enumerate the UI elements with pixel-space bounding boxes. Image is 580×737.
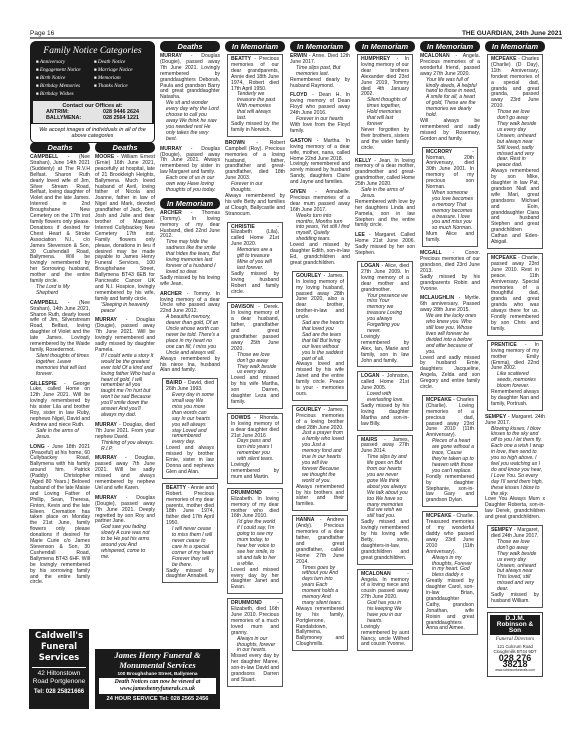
notice-signoff: Sadly missed by husband William. — [491, 593, 539, 605]
death-notice: LONG - June 18th 2021 (Peaceful) at his … — [30, 445, 90, 587]
masthead: Page 16 THE GUARDIAN, 24th June 2021 — [30, 27, 562, 37]
djm-phone: 028 276 38218 — [490, 656, 540, 668]
notice-verse: 'Sleeping in heavenly peace' — [95, 303, 155, 315]
notice-signoff: Loved and missed by daughter Edith, son-… — [290, 243, 350, 267]
notice-signoff: Greatly missed by daughter Carol, son-in… — [426, 579, 474, 632]
notice-signoff: Remembered always by daughter Nan and fa… — [491, 390, 539, 408]
death-notice: MURRAY - Douglas (Dougie), passed away 7… — [95, 318, 155, 418]
notice-signoff: Missed every day by her daughter Maree, … — [231, 654, 279, 684]
notice-verse: Weeks turn into months, Months turn into… — [290, 214, 350, 244]
notice-verse: God saw you fading slowly A cure was not… — [95, 525, 155, 560]
djm-tagline: Funeral Directors — [490, 637, 540, 643]
notice-body: - Charlie, passed away 23rd June 2010. R… — [491, 255, 539, 332]
notice-signoff: With love from the Floyd family. — [290, 123, 350, 135]
death-notice: DRUMMOND - Elizabeth, died 16th June 201… — [227, 598, 283, 687]
notice-verse: Always in my thoughts, Forever in my hea… — [426, 556, 474, 580]
notice-body: - Norman, 20th Anniversary, died 30th Ju… — [426, 149, 474, 190]
caldwell-phone: Tel: 028 25821666 — [29, 689, 89, 695]
notice-signoff: Lovingly remembered by mum and Martin. — [231, 463, 279, 481]
death-notice: SEMPEY - Margaret, died 24th June 2017.T… — [487, 525, 543, 608]
notice-verse: Days pass and turn into years I remember… — [231, 439, 279, 463]
notice-body: - Douglas (Dougie), passed away 7th June… — [95, 317, 155, 353]
death-notice: DAVISON - Derek. In loving memory of a d… — [227, 302, 283, 408]
death-notice: BAIRD - David, died 26th June 1993.Every… — [162, 378, 218, 479]
james-henry-phone: 24 HOUR SERVICE Tel: 028 2565 2456 — [97, 696, 218, 702]
notice-signoff: Loved and always missed by brother Ernie… — [166, 446, 214, 476]
notice-signoff: Sadly missed by loving husband Robert an… — [231, 272, 279, 296]
notice-signoff: Lovingly remembered by Alex, Ian, Marie … — [361, 335, 409, 365]
notice-verse: Sad are the hearts that loved you Sad ar… — [296, 321, 344, 362]
death-notice: MURRAY - Douglas (Dougie), passed away 7… — [160, 147, 220, 194]
office-phone: 028 2564 1221 — [103, 115, 139, 121]
notice-verse: Thinking of you always. R.I.P. — [95, 441, 155, 453]
notice-signoff: Sadly missed by his grandparents Robin a… — [420, 275, 480, 293]
accept-images-note: We accept images of individuals in all o… — [30, 123, 155, 143]
death-notice: MURRAY - Douglas, died 7th June 2021. Fr… — [95, 423, 155, 453]
notice-signoff: Always remembered by his family, Portgle… — [296, 607, 344, 648]
notice-verse: Silent thoughts of times together, Hold … — [361, 98, 409, 128]
notice-verse: Time may hide the sadness like the smile… — [160, 240, 220, 275]
section-header-memoriam: In Memoriam — [485, 41, 545, 52]
death-notice: MURRAY - Douglas (Dougie), passed away 7… — [95, 496, 155, 561]
death-notice: KELLY - Jean. In loving memory of a dear… — [355, 159, 415, 230]
notice-verse: We sit and wonder every day why the Lord… — [160, 101, 220, 142]
notice-verse: Your life was full of kindly deeds, A he… — [420, 78, 480, 119]
masthead-rule — [30, 37, 562, 39]
section-header-memoriam: In Memoriam — [225, 41, 285, 52]
death-notice: MURRAY - Douglas (Dougie), passed away 7… — [160, 54, 220, 143]
james-henry-website-note: Death Notices can now be viewed at www.j… — [99, 678, 216, 694]
notice-signoff: Love You Always Mum x Daughter Roberta, … — [485, 497, 545, 521]
section-header-deaths: Deaths — [160, 41, 220, 52]
family-notice-categories: Family Notice Categories Anniversary Dea… — [30, 41, 155, 135]
notice-signoff: Loved and missed by his wife Martha, son… — [231, 376, 279, 406]
notice-verse: A beautiful memory, dearer than gold, Of… — [160, 315, 220, 356]
notice-verse: Always in our thoughts, forever in our h… — [231, 637, 279, 655]
page-number: Page 16 — [30, 30, 54, 37]
notice-signoff: Always remembered by his niece Ina, husb… — [160, 357, 220, 375]
notice-verse: Blowing kisses. I blow kisses to the sky… — [485, 427, 545, 498]
notice-signoff: Always remembered by his brothers and si… — [296, 485, 344, 509]
death-notice: MCPEAKE - Charlie. Treasured memories of… — [422, 511, 478, 635]
notice-body: - Charles (Charlie). Loving memories of … — [426, 397, 474, 438]
section-header-memoriam: In Memoriam — [160, 198, 220, 209]
death-notice: GOURLEY - James. In loving memory of my … — [292, 271, 348, 401]
notice-verse: Time slips past, But memories last. — [290, 66, 350, 78]
death-notice: LEE - Margaret. Called Home 21st June 20… — [355, 233, 415, 257]
notice-verse: Each one of us in our own way Have lovin… — [160, 176, 220, 194]
notice-verse: Every day in some small way We miss you … — [166, 393, 214, 446]
category-item: Birthday Wishes — [36, 90, 94, 98]
notice-verse: I will never cease to miss them I will n… — [166, 527, 214, 568]
notice-signoff: Sadly missed by daughter Annabell. — [166, 569, 214, 581]
death-notice: MAIRS - James, passed away 27th June 201… — [357, 435, 413, 565]
notice-verse: Pieces of a heart are gone without a tra… — [426, 439, 474, 474]
notice-body: - Elizabeth, died 16th June 2010. Precio… — [231, 600, 279, 636]
notice-verse: If I could write a story It would be the… — [95, 354, 155, 419]
category-item: Death Notice — [94, 58, 152, 66]
notice-signoff: Sadly missed by his loving wife Jean. — [160, 276, 220, 288]
death-notice: GILLESPIE - George Luke, called Home on … — [30, 382, 90, 441]
james-henry-title: James Henry Funeral & Monumental Service… — [97, 651, 218, 670]
notice-verse: Like scattered seeds, memories bloom for… — [491, 372, 539, 390]
death-notice: CHRISTIE - Elizabeth (Lila), called Home… — [227, 222, 283, 299]
notice-signoff: Loved and sadly missed by husband Ernie,… — [420, 356, 480, 391]
column-memoriam-8: In MemoriamMCPEAKE - Charles (Charlie) (… — [485, 41, 545, 679]
death-notice: MCALONAN - Angela. In memory of a loving… — [357, 569, 413, 652]
category-item: Birth Notice — [36, 74, 94, 82]
notice-verse: Those we love don't go away They walk be… — [491, 110, 539, 169]
notice-body: - Precious memories of our dear grandpar… — [231, 56, 279, 92]
death-notice: GIVEN - Annabelle. Precious memories of … — [290, 190, 350, 267]
death-notice: BEATTY - Annie and Robert. Precious memo… — [162, 483, 218, 584]
notice-body: - James. In loving memory of my loving h… — [296, 273, 344, 320]
caldwell-name: Caldwell's Funeral Services — [29, 631, 89, 664]
column-deaths-1: DeathsCAMPBELL - (Nee Strahan), June 14t… — [30, 142, 90, 590]
notice-signoff: Lovingly remembered and sorely missed by… — [290, 162, 350, 186]
death-notice: MCGALL - Conor. Precious memories of our… — [420, 251, 480, 292]
notice-body: - (Nee Strahan), 14th June 2021, Sharon … — [30, 300, 90, 353]
notice-signoff: Sadly missed by the family in Norwich. — [231, 122, 279, 134]
notice-body: - William Ernest (Ernie) 16th June 2021,… — [95, 154, 155, 302]
notice-signoff: Loved and missed every day by her daught… — [231, 568, 279, 592]
notice-signoff: Mum Alice and family. — [426, 232, 474, 244]
notice-signoff: Sadly missed by his loving daughter Mart… — [361, 404, 409, 428]
category-item: Thanks Notice — [94, 82, 152, 90]
notice-body: - Robert Campbell (Roy). Precious memori… — [225, 140, 285, 181]
notice-body: - Derek. In loving memory of a dear husb… — [231, 304, 279, 351]
section-header-deaths: Deaths — [95, 142, 155, 153]
notice-verse: When someone you love becomes a memory T… — [426, 191, 474, 232]
death-notice: MCPEAKE - Charles (Charlie). Loving memo… — [422, 395, 478, 507]
notice-verse: Tenderly we treasure the past With memor… — [231, 92, 279, 122]
caldwells-funeral-ad: Caldwell's Funeral Services 42 Hiltonsto… — [29, 629, 89, 709]
notice-verse: Time slips by and life goes on But from … — [361, 455, 409, 520]
contact-offices: Contact our Offices at: ANTRIM:028 9446 … — [33, 101, 152, 123]
notice-body: - George Luke, called Home on 12th June … — [30, 381, 90, 428]
death-notice: ARCHER - Tommy. In loving memory of a de… — [160, 292, 220, 375]
notice-signoff: Fondly remembered by daughter Stephanie,… — [426, 475, 474, 505]
notice-body: - (Nee Strahan), June 14th 2021 (Suddenl… — [30, 154, 90, 284]
death-notice: GOURLEY - James. Precious memories of a … — [292, 405, 348, 511]
death-notice: CAMPBELL - (Nee Strahan), 14th June 2021… — [30, 301, 90, 378]
death-notice: FLOYD - Dean H. In loving memory of Dean… — [290, 93, 350, 134]
column-memoriam-5: In MemoriamERWIN - Anne. Died 12th June … — [290, 41, 350, 655]
death-notice: LOGAN - Johnston, called Home 21st June … — [357, 371, 413, 430]
column-deaths-2: DeathsMOORE - William Ernest (Ernie) 16t… — [95, 142, 155, 565]
notice-body: - Douglas, passed away 7th June 2021. Wi… — [95, 455, 155, 491]
notice-body: - June 18th 2021 (Peaceful) at his home,… — [30, 444, 90, 586]
notice-verse: I'd give the world if I could say, I'm g… — [231, 520, 279, 567]
notice-signoff: Always remembered by his wife Betty and … — [225, 194, 285, 218]
death-notice: SEMPEY - Margaret. 24th June 2017.Blowin… — [485, 415, 545, 521]
notice-signoff: Never forgotten by their brothers, siste… — [361, 128, 409, 152]
notice-signoff: Will always be remembered and sadly miss… — [420, 119, 480, 143]
notice-body: - Annie and Robert. Precious memories of… — [166, 485, 214, 526]
death-notice: DOWDS - Rhonda. In loving memory of a de… — [227, 413, 283, 484]
notice-verse: God has you in his keeping We have you i… — [361, 601, 409, 625]
death-notice: MCPEAKE - Charlie, passed away 23rd June… — [487, 253, 543, 336]
death-notice: PRENTICE - In loving memory of my mother… — [487, 340, 543, 411]
djm-robinson-funeral-ad: D.J.M. Robinson & Son Funeral Directors … — [487, 612, 543, 677]
category-item: Marriage Notice — [94, 66, 152, 74]
death-notice: MCPEAKE - Charles (Charlie) (D Day), 11t… — [487, 54, 543, 249]
paper-title-date: THE GUARDIAN, 24th June 2021 — [462, 30, 562, 37]
category-item: Birthday Memories — [36, 82, 94, 90]
section-header-memoriam: In Memoriam — [420, 41, 480, 52]
section-header-deaths: Deaths — [30, 142, 90, 153]
notice-body: - Charlie. Treasured memories of my wond… — [426, 513, 474, 554]
notice-signoff: Always remembered by son Mike, daughter … — [491, 169, 539, 246]
death-notice: DRUMMOND - Elizabeth. In loving memory o… — [227, 488, 283, 594]
column-memoriam-4: In MemoriamBEATTY - Precious memories of… — [225, 41, 285, 691]
death-notice: MURRAY - Douglas, passed away 7th June 2… — [95, 456, 155, 491]
notice-verse: Your presence we miss Your memory we tre… — [361, 294, 409, 335]
notice-verse: Memories are a gift to treasure Mine of … — [231, 248, 279, 272]
death-notice: MCLAUGHLIN - Myrtle. 6th anniversary. Pa… — [420, 296, 480, 391]
caldwell-address: 42 Hiltonstown Road Portglenone — [32, 667, 86, 686]
death-notice: CAMPBELL - (Nee Strahan), June 14th 2021… — [30, 155, 90, 297]
notice-verse: We are the lucky ones who knew you. Who … — [420, 314, 480, 355]
death-notice: ERWIN - Anne. Died 12th June 2017.Time s… — [290, 54, 350, 89]
category-item: Engagement Notice — [36, 66, 94, 74]
james-henry-funeral-ad: James Henry Funeral & Monumental Service… — [95, 649, 220, 709]
notice-signoff: Sadly missed and lovingly remembered by … — [361, 520, 409, 561]
office-name: BALLYMENA: — [46, 115, 81, 121]
notice-verse: Those we love don't go away They walk be… — [231, 353, 279, 377]
notice-verse: Times goes by without you And days turn … — [296, 566, 344, 607]
death-notice: GASTON - Martha. In loving memory of a d… — [290, 139, 350, 186]
notice-signoff: Remembered with love by her daughters Li… — [355, 200, 415, 230]
djm-name: D.J.M. Robinson & Son — [490, 615, 540, 635]
column-memoriam-7: In MemoriamMCALONAN - Angela. Precious m… — [420, 41, 480, 639]
notice-body: - Charles (Charlie) (D Day), 11th Annive… — [491, 56, 539, 109]
djm-url: www.robinsonfunerals.com — [490, 668, 540, 674]
column-memoriam-6: In MemoriamHUMPHREY - In loving memory o… — [355, 41, 415, 655]
notice-verse: Silent thoughts of times together. Leave… — [30, 354, 90, 378]
notice-body: - Douglas (Dougie), passed away 7th June… — [160, 53, 220, 100]
death-notice: BROWN - Robert Campbell (Roy). Precious … — [225, 141, 285, 218]
category-item: Anniversary — [36, 58, 94, 66]
section-header-memoriam: In Memoriam — [355, 41, 415, 52]
category-item: Memoriam — [94, 74, 152, 82]
death-notice: ARCHER - Thomas (Tommy). In loving memor… — [160, 211, 220, 288]
categories-title: Family Notice Categories — [33, 46, 152, 56]
column-deaths-3: DeathsMURRAY - Douglas (Dougie), passed … — [160, 41, 220, 587]
notice-signoff: Remembered dearly by husband Raymond. — [290, 78, 350, 90]
death-notice: BEATTY - Precious memories of our dear g… — [227, 54, 283, 137]
notice-signoff: Lovingly remembered by aunt Nancy, uncle… — [361, 625, 409, 649]
death-notice: MOORE - William Ernest (Ernie) 16th June… — [95, 155, 155, 314]
death-notice: MCALONAN - Angela. Precious memories of … — [420, 54, 480, 143]
notice-verse: Just a prayer from a family who loved yo… — [296, 431, 344, 484]
office-row: BALLYMENA:028 2564 1221 — [38, 115, 147, 121]
notice-verse: Safe in the arms of Jesus. — [30, 429, 90, 441]
notice-verse: The Lord is My Shepherd — [30, 285, 90, 297]
james-henry-address: 100 Broughshane Street, Ballymena — [97, 671, 218, 676]
categories-list: Anniversary Death Notice Engagement Noti… — [33, 58, 152, 98]
death-notice: HUMPHREY - In loving memory of our dear … — [357, 54, 413, 155]
notice-signoff: Always loved and missed by his wife Jane… — [296, 362, 344, 397]
section-header-memoriam: In Memoriam — [290, 41, 350, 52]
death-notice: LOGAN - Alice, died 27th June 2009. In l… — [357, 261, 413, 367]
notice-verse: Those we love don't go away They walk be… — [491, 540, 539, 593]
notice-body: - In loving memory of our dear brothers … — [361, 56, 409, 97]
notice-body: - Andrew (Andy). Precious memories of a … — [296, 517, 344, 564]
death-notice: MCCRORY - Norman, 20th Anniversary, died… — [422, 147, 478, 248]
death-notice: HANNA - Andrew (Andy). Precious memories… — [292, 515, 348, 651]
